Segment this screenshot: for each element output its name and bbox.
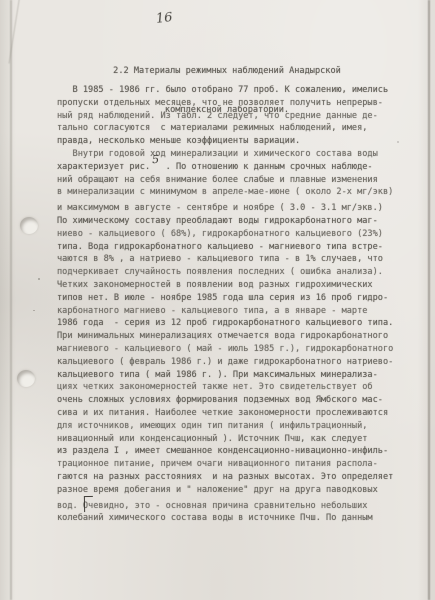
heading-line-1: 2.2 Материалы режимных наблюдений Анадыр… <box>57 65 397 78</box>
typewritten-line: в минерализации с минимумом в апреле-мае… <box>57 186 393 199</box>
typewritten-line: кальциевого ( февраль 1986 г.) и даже ги… <box>57 356 393 369</box>
typewritten-line: нивационный или конденсационный ). Источ… <box>57 433 393 446</box>
typewritten-line: Четких закономерностей в появлении вод р… <box>57 279 393 292</box>
typewritten-line: вод. Очевидно, это - основная причина ср… <box>57 500 393 513</box>
scanned-page: 16 2.2 Материалы режимных наблюдений Ана… <box>0 0 435 600</box>
scan-speck <box>33 310 35 311</box>
body-text: В 1985 - 1986 гг. было отобрано 77 проб.… <box>57 84 393 525</box>
scan-speck <box>397 141 399 143</box>
typewritten-line: пропуски отдельных месяцев, что не позво… <box>57 97 393 110</box>
typewritten-line: чаются в 8% , а натриево - кальциевого т… <box>57 253 393 266</box>
typewritten-line: гаются на разных расстояниях и на разных… <box>57 471 393 484</box>
page-left-edge-shadow <box>10 0 12 600</box>
typewritten-line: и максимумом в августе - сентябре и нояб… <box>57 202 393 215</box>
page-right-edge-line <box>428 0 430 600</box>
editorial-bracket-mark <box>84 496 93 512</box>
typewritten-line: очень сложных условиях формирования подз… <box>57 394 393 407</box>
typewritten-line: ный ряд наблюдений. Из табл. 2 следует, … <box>57 110 393 123</box>
handwritten-page-number: 16 <box>155 10 173 27</box>
scan-speck <box>38 278 40 280</box>
typewritten-line: 1986 года - серия из 12 проб гидрокарбон… <box>57 317 393 330</box>
typewritten-line: трационное питание, причем очаги нивацио… <box>57 458 393 471</box>
typewritten-line: тально согласуются с материалами режимны… <box>57 122 393 135</box>
typewritten-line: разное время добегания и " наложение" др… <box>57 484 393 497</box>
typewritten-line: циях четких закономерностей также нет. Э… <box>57 381 393 394</box>
punch-hole-top <box>20 217 38 234</box>
typewritten-line: Внутри годовой ход минерализации и химич… <box>57 148 393 161</box>
typewritten-line: ниево - кальциевого ( 68%), гидрокарбона… <box>57 228 393 241</box>
typewritten-line: карбонатного магниево - кальциевого типа… <box>57 305 393 318</box>
typewritten-line: кальциевого типа ( май 1986 г. ). При ма… <box>57 369 393 382</box>
punch-hole-bottom <box>17 370 35 387</box>
typewritten-line: При минимальных минерализациях отмечаетс… <box>57 330 393 343</box>
typewritten-line: магниевого - кальциевого ( май - июль 19… <box>57 343 393 356</box>
typewritten-line: подчеркивает случайность появления после… <box>57 266 393 279</box>
typewritten-line: типов нет. В июле - ноябре 1985 года шла… <box>57 292 393 305</box>
typewritten-line: характеризует рис. . По отношению к данн… <box>57 161 393 174</box>
typewritten-line: для источников, имеющих один тип питания… <box>57 420 393 433</box>
typewritten-line: из раздела I , имеет смешанное конденсац… <box>57 445 393 458</box>
typewritten-line: По химическому составу преобладают воды … <box>57 215 393 228</box>
typewritten-line: колебаний химического состава воды в ист… <box>57 512 393 525</box>
typewritten-line: В 1985 - 1986 гг. было отобрано 77 проб.… <box>57 84 393 97</box>
typewritten-line: ний обращают на себя внимание более слаб… <box>57 174 393 187</box>
typewritten-line: типа. Вода гидрокарбонатного кальциево -… <box>57 241 393 254</box>
typewritten-line: правда, несколько меньше коэффициенты ва… <box>57 135 393 148</box>
handwritten-figure-number: 5 <box>151 153 159 167</box>
typewritten-line: сива и их питания. Наиболее четкие закон… <box>57 407 393 420</box>
